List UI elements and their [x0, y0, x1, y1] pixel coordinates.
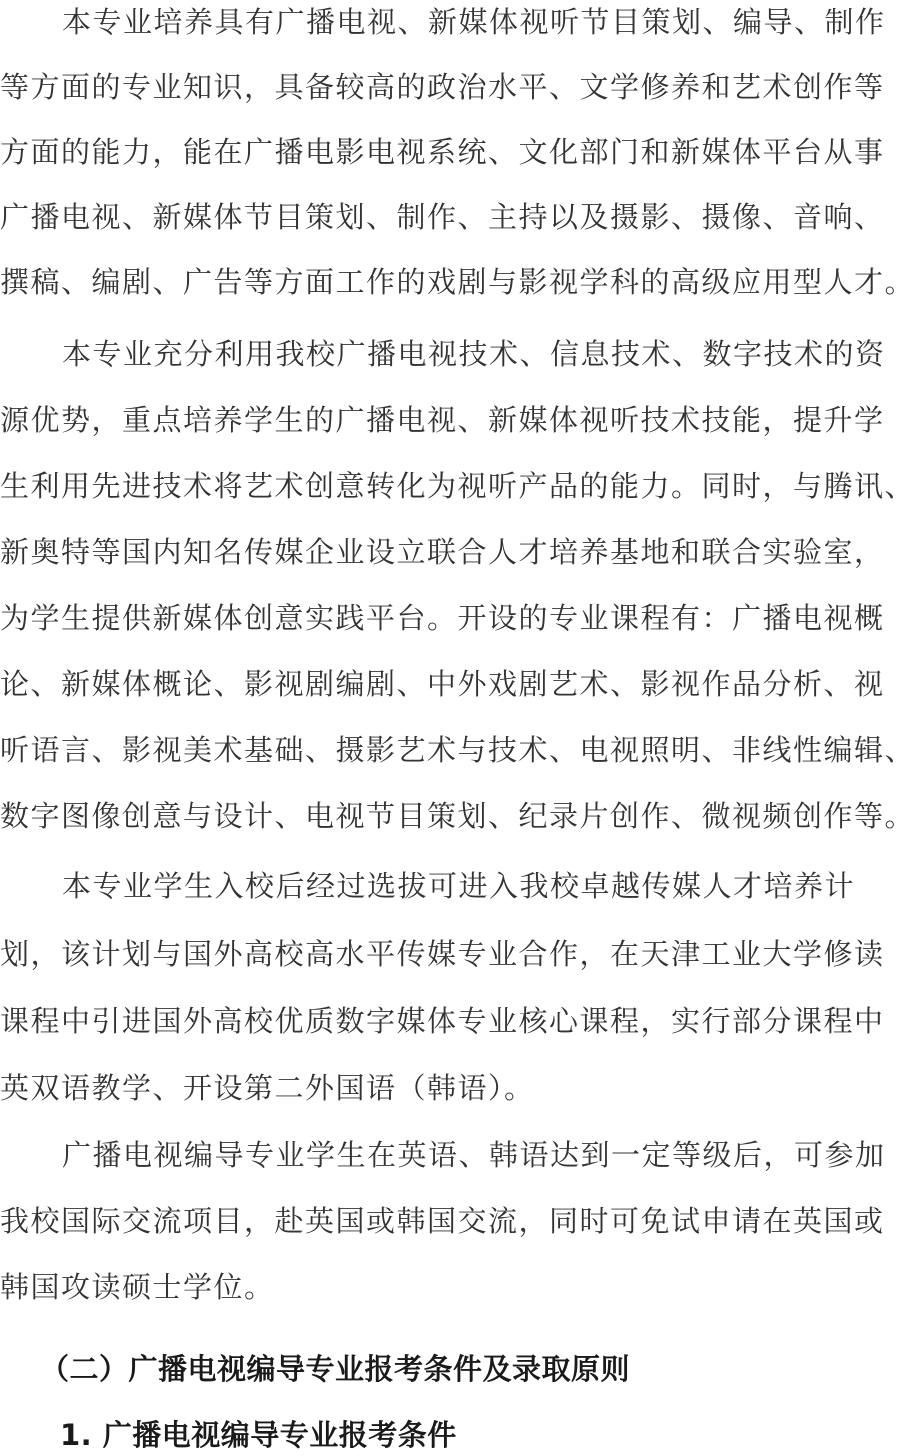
paragraph-line: 论、新媒体概论、影视剧编剧、中外戏剧艺术、影视作品分析、视 [0, 664, 900, 704]
paragraph-line: 英双语教学、开设第二外国语（韩语）。 [0, 1068, 900, 1108]
paragraph-line: 新奥特等国内知名传媒企业设立联合人才培养基地和联合实验室， [0, 532, 900, 572]
paragraph-line: 生利用先进技术将艺术创意转化为视听产品的能力。同时，与腾讯、 [0, 466, 900, 506]
section-heading: （二）广播电视编导专业报考条件及录取原则 [40, 1349, 630, 1389]
paragraph-line: 数字图像创意与设计、电视节目策划、纪录片创作、微视频创作等。 [0, 796, 900, 836]
paragraph-line: 广播电视编导专业学生在英语、韩语达到一定等级后，可参加 [62, 1135, 900, 1175]
paragraph-line: 课程中引进国外高校优质数字媒体专业核心课程，实行部分课程中 [0, 1001, 900, 1041]
paragraph-line: 韩国攻读硕士学位。 [0, 1267, 900, 1307]
subsection-heading: 1. 广播电视编导专业报考条件 [60, 1415, 457, 1455]
paragraph-line: 本专业充分利用我校广播电视技术、信息技术、数字技术的资 [62, 334, 900, 374]
paragraph-line: 等方面的专业知识，具备较高的政治水平、文学修养和艺术创作等 [0, 67, 900, 107]
paragraph-line: 撰稿、编剧、广告等方面工作的戏剧与影视学科的高级应用型人才。 [0, 262, 900, 302]
paragraph-line: 方面的能力，能在广播电影电视系统、文化部门和新媒体平台从事 [0, 132, 900, 172]
paragraph-line: 听语言、影视美术基础、摄影艺术与技术、电视照明、非线性编辑、 [0, 730, 900, 770]
paragraph-line: 本专业培养具有广播电视、新媒体视听节目策划、编导、制作 [62, 2, 900, 42]
paragraph-line: 广播电视、新媒体节目策划、制作、主持以及摄影、摄像、音响、 [0, 197, 900, 237]
paragraph-line: 源优势，重点培养学生的广播电视、新媒体视听技术技能，提升学 [0, 400, 900, 440]
paragraph-line: 为学生提供新媒体创意实践平台。开设的专业课程有：广播电视概 [0, 598, 900, 638]
paragraph-line: 我校国际交流项目，赴英国或韩国交流，同时可免试申请在英国或 [0, 1201, 900, 1241]
paragraph-line: 本专业学生入校后经过选拔可进入我校卓越传媒人才培养计 [62, 866, 900, 906]
paragraph-line: 划，该计划与国外高校高水平传媒专业合作，在天津工业大学修读 [0, 934, 900, 974]
